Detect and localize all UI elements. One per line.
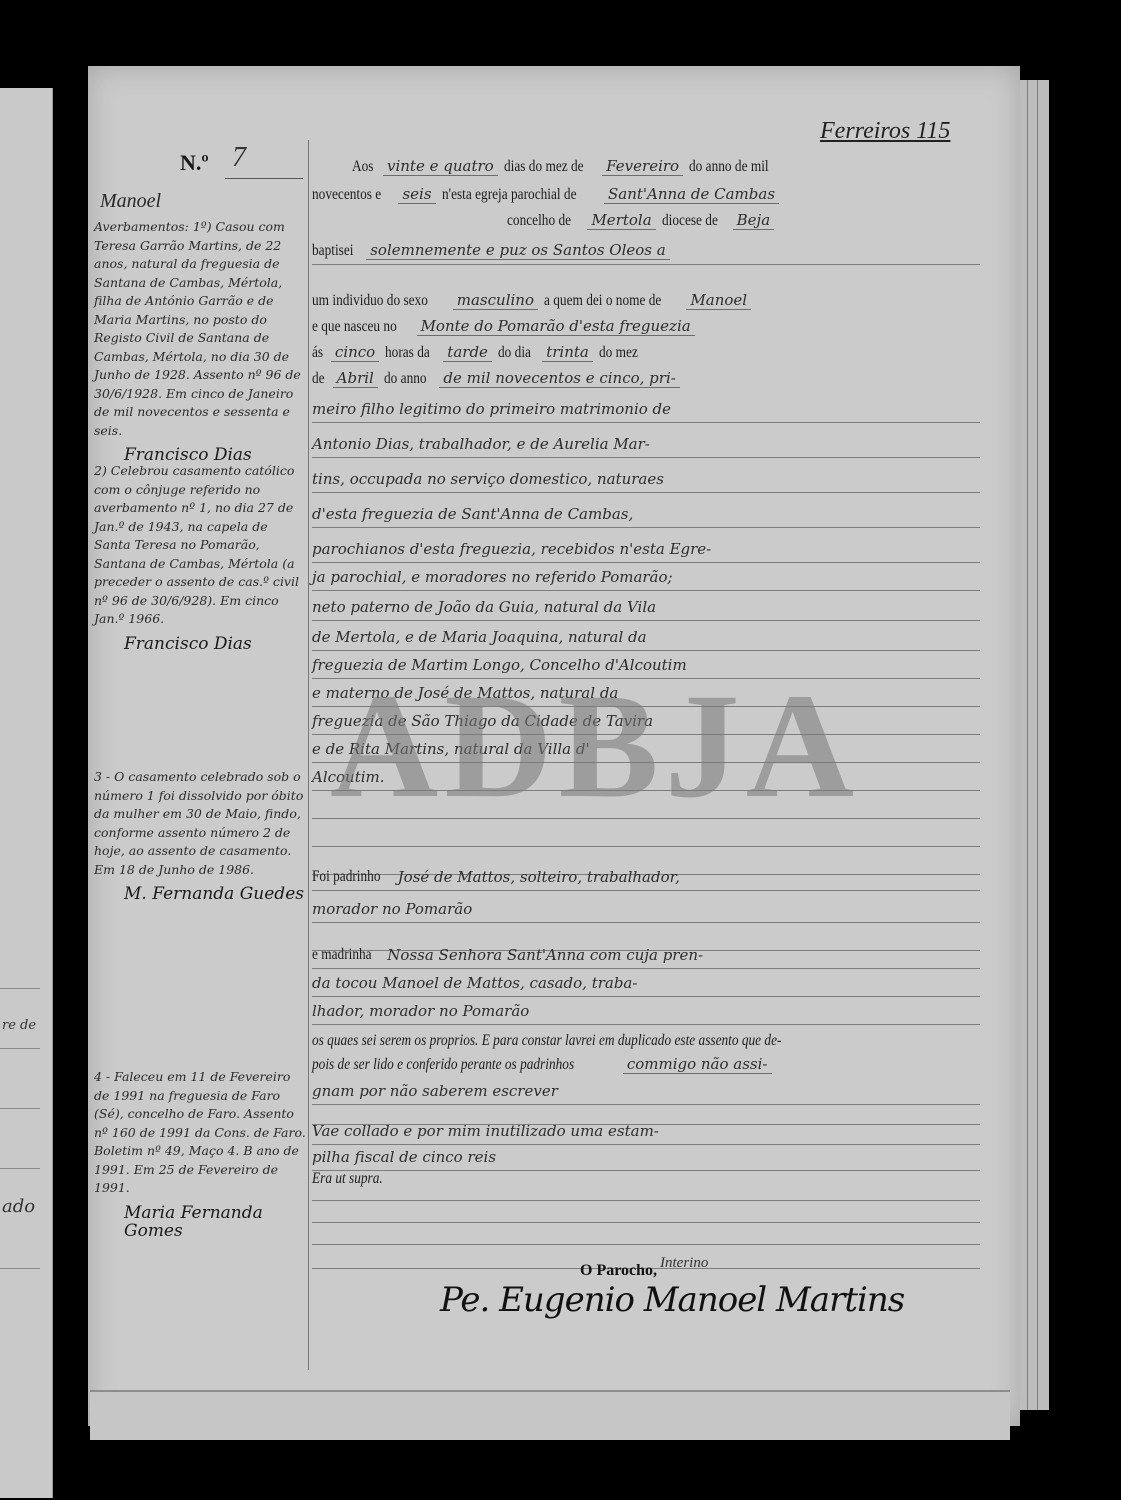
body-line-1: Aos vinte e quatro dias do mez de Fevere… <box>312 148 980 176</box>
body-line-6: e que nasceu no Monte do Pomarão d'esta … <box>312 308 980 336</box>
rule-line <box>312 588 980 621</box>
annotation-signature: Francisco Dias <box>94 635 306 654</box>
margin-divider <box>308 140 309 1370</box>
day-field: vinte e quatro <box>383 157 498 176</box>
margin-annotation-1: Averbamentos: 1º) Casou com Teresa Garrã… <box>94 218 306 465</box>
rule-line <box>312 390 980 423</box>
rule-line <box>312 558 980 591</box>
priest-signature: Pe. Eugenio Manoel Martins <box>440 1280 904 1320</box>
rule-line <box>0 1168 40 1169</box>
body-line-5: um individuo do sexo masculino a quem de… <box>312 282 980 310</box>
parocho-title: Interino <box>660 1255 708 1272</box>
council-field: Mertola <box>587 211 655 230</box>
rule-line <box>0 1048 40 1049</box>
margin-annotation-4: 4 - Faleceu em 11 de Fevereiro de 1991 n… <box>94 1068 306 1241</box>
rule-line <box>312 232 980 265</box>
previous-page-fragment: re de <box>2 1018 36 1033</box>
rule-line <box>312 858 980 891</box>
previous-page-fragment: ado <box>2 1196 35 1217</box>
rule-line <box>0 1108 40 1109</box>
body-line-7: ás cinco horas da tarde do dia trinta do… <box>312 334 980 362</box>
entry-number-line <box>225 178 303 179</box>
body-line-2: novecentos e seis n'esta egreja parochia… <box>312 176 980 204</box>
margin-annotation-2: 2) Celebrou casamento católico com o côn… <box>94 462 306 653</box>
diocese-field: Beja <box>733 211 775 230</box>
rule-line <box>312 460 980 493</box>
margin-child-name: Manoel <box>100 190 161 213</box>
page-bottom-edge <box>90 1390 1010 1440</box>
annotation-signature: M. Fernanda Guedes <box>94 885 306 904</box>
previous-page-edge: re de ado <box>0 88 53 1498</box>
rule-line <box>0 1268 40 1269</box>
month-field: Fevereiro <box>602 157 683 176</box>
annotation-signature: Maria Fernanda Gomes <box>94 1204 306 1241</box>
body-line-8: de Abril do anno de mil novecentos e cin… <box>312 360 980 388</box>
folio-number: Ferreiros 115 <box>820 118 950 145</box>
rule-line <box>312 992 980 1025</box>
rule-line <box>312 425 980 458</box>
margin-annotation-3: 3 - O casamento celebrado sob o número 1… <box>94 768 306 904</box>
rule-line <box>0 988 40 989</box>
entry-number-label: N.º <box>180 150 209 176</box>
parocho-label: O Parocho, <box>580 1262 657 1280</box>
entry-number: 7 <box>232 142 246 174</box>
closing-line-2: pois de ser lido e conferido perante os … <box>312 1046 980 1074</box>
rule-line <box>312 495 980 528</box>
body-line-3: concelho de Mertola diocese de Beja <box>312 202 980 230</box>
